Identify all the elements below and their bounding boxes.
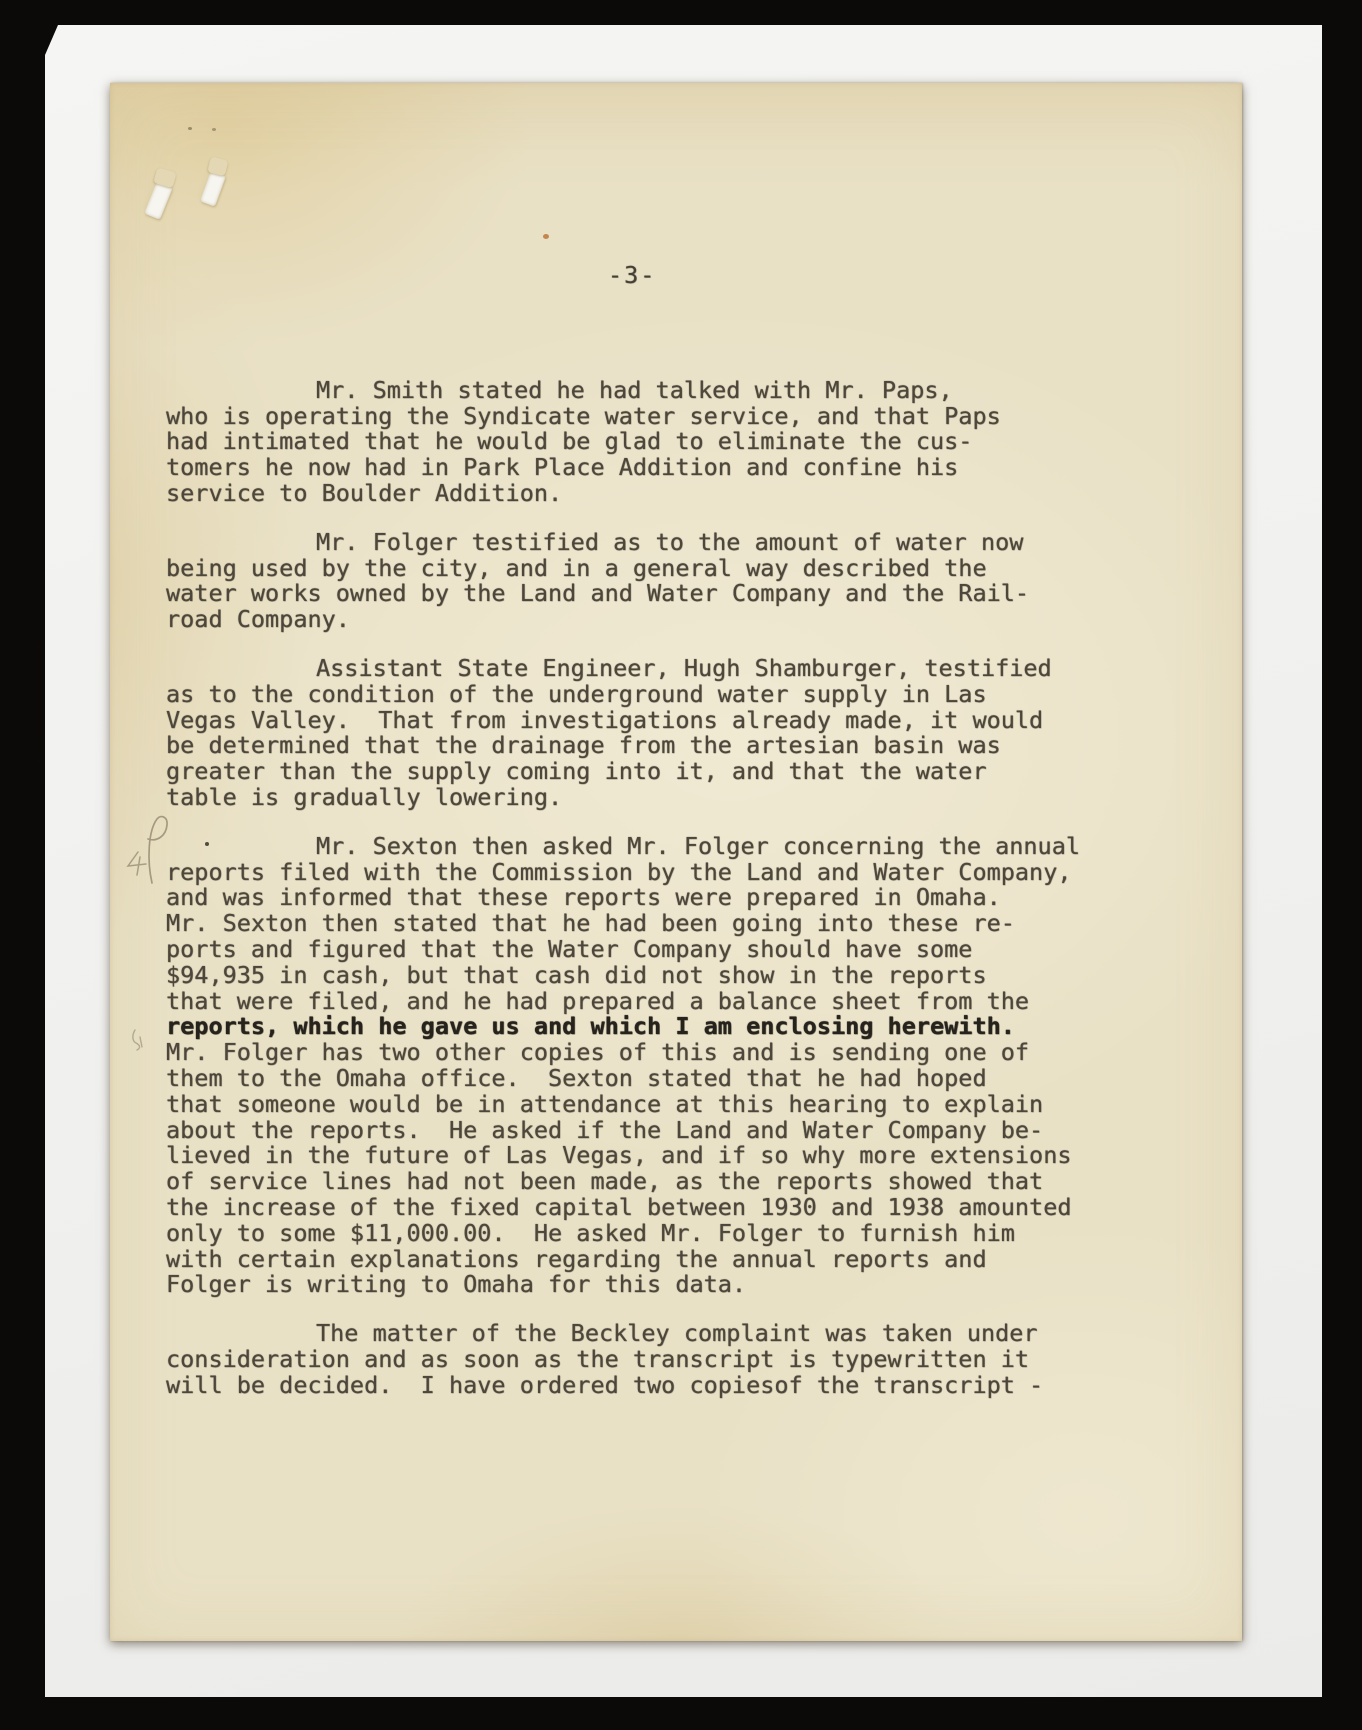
scanned-document-view: -3- Mr. Smith stated he had talked with … — [0, 0, 1362, 1730]
paragraph-beckley-complaint: The matter of the Beckley complaint was … — [166, 1321, 1192, 1398]
rust-speck — [543, 234, 549, 239]
paper-speck — [188, 127, 192, 130]
paragraph-shamburger-testimony: Assistant State Engineer, Hugh Shamburge… — [166, 656, 1192, 811]
paragraph-sexton-reports-part1: Mr. Sexton then asked Mr. Folger concern… — [166, 832, 1080, 1015]
document-page: -3- Mr. Smith stated he had talked with … — [110, 83, 1242, 1641]
torn-staple-hole-right — [200, 170, 226, 206]
pencil-mark-s — [128, 1027, 150, 1053]
pencil-mark-4 — [124, 849, 152, 877]
paper-mat: -3- Mr. Smith stated he had talked with … — [45, 25, 1322, 1697]
paragraph-sexton-reports-part2: Mr. Folger has two other copies of this … — [166, 1038, 1071, 1298]
page-number: -3- — [166, 263, 1192, 289]
paper-speck — [212, 128, 216, 131]
overtyped-line: reports, which he gave us and which I am… — [166, 1012, 1015, 1040]
paragraph-smith-testimony: Mr. Smith stated he had talked with Mr. … — [166, 378, 1192, 507]
ink-speck — [205, 842, 209, 846]
paragraph-sexton-reports: Mr. Sexton then asked Mr. Folger concern… — [166, 834, 1192, 1298]
torn-staple-hole-left — [144, 181, 173, 220]
paragraph-folger-testimony: Mr. Folger testified as to the amount of… — [166, 530, 1192, 633]
